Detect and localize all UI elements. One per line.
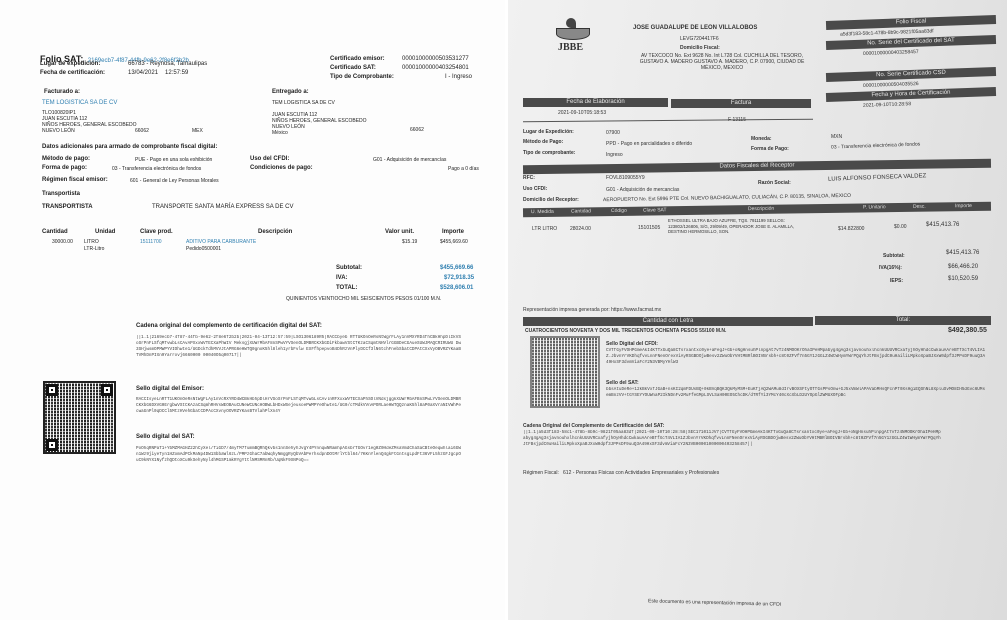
iva-label: IVA: <box>336 275 348 281</box>
subtotal-label: Subtotal: <box>336 265 362 271</box>
domicilio-receptor-label: Domicilio del Receptor: <box>523 197 579 203</box>
cell-importe: $455,669.60 <box>440 239 468 245</box>
cell-descripcion2: Pedido0500001 <box>186 246 221 252</box>
sello-emisor-label: Sello digital del Emisor: <box>136 386 204 392</box>
folio-fiscal-label: Folio Fiscal <box>826 15 996 30</box>
fecha-elab-label: Fecha de Elaboración <box>523 98 668 107</box>
cantidad-letra-label: Cantidad con Letra <box>523 317 813 326</box>
representacion: Representación impresa generada por: htt… <box>523 307 661 313</box>
moneda-label: Moneda: <box>751 136 772 142</box>
factura-label: Factura <box>671 99 811 108</box>
cell-unidad: LITRO <box>84 239 99 245</box>
no-serie-csd-value: 00001000000504035526 <box>863 81 919 89</box>
metodo-label: Método de Pago: <box>523 139 563 145</box>
subtotal-value: $455,669.66 <box>440 265 473 271</box>
fecha-date: 13/04/2021 <box>128 70 158 76</box>
total-words: QUINIENTOS VEINTIOCHO MIL SEISCIENTOS PE… <box>286 296 441 302</box>
no-serie-csd-label: No. Serie Certificado CSD <box>826 67 996 82</box>
cantidad-letra-value: CUATROCIENTOS NOVENTA Y DOS MIL TRECIENT… <box>525 328 726 334</box>
lugar-label: Lugar de Expedición: <box>523 129 574 135</box>
fecha-label: Fecha de certificación: <box>40 70 105 76</box>
footer-note: Este documento es una representación imp… <box>648 598 781 607</box>
col-importe: Importe <box>442 229 464 235</box>
condiciones-label: Condiciones de pago: <box>250 165 313 171</box>
items-header: U. Medida Cantidad Código Clave SAT Desc… <box>523 202 991 218</box>
sello-sat-label: Sello del SAT: <box>606 380 639 386</box>
total-label: TOTAL: <box>336 285 357 291</box>
tipo-value: I - Ingreso <box>445 74 472 80</box>
iva-value: $72,918.35 <box>444 275 474 281</box>
no-serie-sat-value: 00001000000403258457 <box>863 49 919 57</box>
transportista-value: TRANSPORTE SANTA MARÍA EXPRESS SA DE CV <box>152 204 293 210</box>
invoice-page-right: JBBE JOSE GUADALUPE DE LEON VILLALOBOS L… <box>508 0 1007 620</box>
razon-label: Razón Social: <box>758 180 791 186</box>
total-value: $492,380.55 <box>948 327 987 334</box>
regimen-value: 601 - General de Ley Personas Morales <box>130 178 219 184</box>
tipo-value: Ingreso <box>606 152 623 158</box>
cert-sat-label: Certificado SAT: <box>330 65 376 71</box>
regimen-label: Régimen fiscal emisor: <box>42 177 108 183</box>
qr-code <box>530 336 600 408</box>
cadena-value: ||1.1|2169ecb7-4f87-44fb-9e62-2f8e6f2b2b… <box>136 335 461 375</box>
metodo-value: PPD - Pago en parcialidades o diferido <box>606 141 692 147</box>
cell-clave: 15101505 <box>638 225 660 231</box>
col-descripcion: Descripción <box>258 229 292 235</box>
cell-desc: $0.00 <box>894 224 907 230</box>
subtotal-label: Subtotal: <box>883 253 905 259</box>
invoice-page-left: Folio SAT: 2169ecb7-4f87-44fb-9e62-2f8e6… <box>0 0 505 620</box>
domicilio-receptor-value: AEROPUERTO No. Ext 5996 PTE Col. NUEVO B… <box>603 193 851 203</box>
facturado-label: Facturado a: <box>44 89 80 95</box>
domicilio-label: Domicilio Fiscal: <box>680 45 720 51</box>
rfc-label: RFC: <box>523 175 535 181</box>
uso-value: G01 - Adquisición de mercancías <box>606 187 679 193</box>
entregado-name: TEM LOGISTICA SA DE CV <box>272 100 335 106</box>
col-desc: Desc. <box>913 204 926 210</box>
ieps-label: IEPS: <box>890 278 903 284</box>
fecha-time: 12:57:59 <box>165 70 188 76</box>
fecha-elab-value: 2021-09-10T05:18:53 <box>558 110 606 116</box>
issuer-rfc: LEVG7204417F6 <box>680 36 719 42</box>
col-clave-sat: Clave SAT <box>643 207 667 213</box>
col-cantidad: Cantidad <box>571 208 591 214</box>
entregado-cp: 66062 <box>410 127 424 133</box>
cert-emisor-value: 00001000000503531277 <box>402 56 469 62</box>
fecha-cert-label: Fecha y Hora de Certificación <box>826 87 996 102</box>
cell-unidad: LTR LITRO <box>532 226 557 232</box>
lugar-value: 07900 <box>606 130 620 136</box>
cert-sat-value: 00001000000403254801 <box>402 65 469 71</box>
metodo-label: Método de pago: <box>42 156 90 162</box>
iva-value: $66,466.20 <box>948 264 978 270</box>
no-serie-sat-label: No. Serie del Certificado del SAT <box>826 35 996 50</box>
sello-sat-label: Sello digital del SAT: <box>136 434 195 440</box>
col-descripcion: Descripción <box>748 206 774 212</box>
cell-cantidad: 28024.00 <box>570 226 591 232</box>
facturado-cp: 66062 <box>135 128 149 134</box>
col-valor: Valor unit. <box>385 229 414 235</box>
sello-emisor-value: RACCIsyeLnRTT1UKOnOeRsNtWgFLAy1nVcRXYRD4… <box>136 397 461 425</box>
tipo-label: Tipo de comprobante: <box>523 150 575 156</box>
cadena-value: ||1.1|a5d3f183-58c1-478b-8b9c-9821f05aa8… <box>523 430 943 460</box>
col-unidad: Unidad <box>95 229 115 235</box>
facturado-state: NUEVO LEÓN <box>42 128 75 134</box>
total-value: $528,606.01 <box>440 285 473 291</box>
forma-label: Forma de pago: <box>42 165 87 171</box>
issuer-address: AV TEXCOCO No. Ext 9628 No. Int L728 Col… <box>632 53 812 71</box>
lugar-label: Lugar de expedición: <box>40 61 100 67</box>
issuer-name: JOSE GUADALUPE DE LEON VILLALOBOS <box>633 25 757 31</box>
col-importe: Importe <box>955 203 972 209</box>
cell-importe: $415,413.76 <box>926 222 959 228</box>
col-clave: Clave prod. <box>140 229 173 235</box>
entregado-label: Entregado a: <box>272 89 309 95</box>
subtotal-value: $415,413.76 <box>946 250 979 256</box>
lugar-value: 66783 - Reynosa, Tamaulipas <box>128 61 207 67</box>
razon-value: LUIS ALFONSO FONSECA VALDEZ <box>828 173 926 182</box>
sello-cfdi-label: Sello Digital del CFDI: <box>606 341 658 347</box>
regimen: Régimen Fiscal: 612 - Personas Físicas c… <box>523 470 719 476</box>
col-umedida: U. Medida <box>531 209 554 215</box>
qr-code <box>43 381 116 454</box>
sello-sat-value: bbsAtuDeRe+12kBkVxfJGaB+nsKI2qmFDUsBQ+0k… <box>606 387 986 417</box>
cadena-label: Cadena Original del Complemento de Certi… <box>523 423 664 429</box>
cell-unitario: $14.822800 <box>838 226 864 232</box>
sello-sat-value: PoOhqRNPaT1+YbMZMAGHZ22hCyXel/TiGD7/4myf… <box>136 446 461 474</box>
facturado-country: MEX <box>192 128 203 134</box>
metodo-value: PUE - Pago en una sola exhibición <box>135 157 212 163</box>
cell-valor: $15.19 <box>402 239 417 245</box>
logo-text: JBBE <box>558 42 583 53</box>
cert-emisor-label: Certificado emisor: <box>330 56 385 62</box>
forma-value: 03 - Transferencia electrónica de fondos <box>112 166 201 172</box>
company-logo: JBBE <box>548 18 608 56</box>
fecha-cert-value: 2021-09-10T10:28:58 <box>863 101 911 109</box>
cell-descripcion: ETHOSSEL ULTRA BAJO AZUFRE, TQS. 7911199… <box>668 218 808 235</box>
rfc-value: FOVL8109055Y9 <box>606 175 645 181</box>
folio-fiscal-value: a5d3f183-58c1-478b-8b9c-9821f05aa83df <box>840 28 934 37</box>
uso-label: Uso CFDI: <box>523 186 547 192</box>
col-cantidad: Cantidad <box>42 229 68 235</box>
receptor-bar: Datos Fiscales del Receptor <box>523 159 991 175</box>
cell-clave: 15111700 <box>140 239 162 245</box>
col-codigo: Código <box>611 208 627 214</box>
forma-label: Forma de Pago: <box>751 146 789 152</box>
cell-cantidad: 30000.00 <box>52 239 73 245</box>
transportista-section: Transportista <box>42 191 80 197</box>
uso-label: Uso del CFDI: <box>250 156 289 162</box>
datos-adicionales-label: Datos adicionales para armado de comprob… <box>42 144 217 150</box>
moneda-value: MXN <box>831 134 842 140</box>
uso-value: G01 - Adquisición de mercancías <box>373 157 446 163</box>
sello-cfdi-value: CVTfGyFVOHPGmeAkI4KTTxGuQa8CTsrxantxc0ye… <box>606 348 986 378</box>
entregado-country: México <box>272 130 288 136</box>
transportista-label: TRANSPORTISTA <box>42 204 93 210</box>
total-label: Total: <box>815 316 991 325</box>
forma-value: 03 - Transferencia electrónica de fondos <box>831 141 920 150</box>
cell-descripcion: ADITIVO PARA CARBURANTE <box>186 239 256 245</box>
cell-unidad2: LTR-Litro <box>84 246 104 252</box>
iva-label: IVA(16%): <box>879 265 902 271</box>
col-punitario: P. Unitario <box>863 204 886 210</box>
facturado-name: TEM LOGISTICA SA DE CV <box>42 100 117 106</box>
cadena-label: Cadena original del complemento de certi… <box>136 323 322 329</box>
condiciones-value: Pago a 0 días <box>448 166 479 172</box>
ieps-value: $10,520.59 <box>948 276 978 282</box>
tipo-label: Tipo de Comprobante: <box>330 74 394 80</box>
